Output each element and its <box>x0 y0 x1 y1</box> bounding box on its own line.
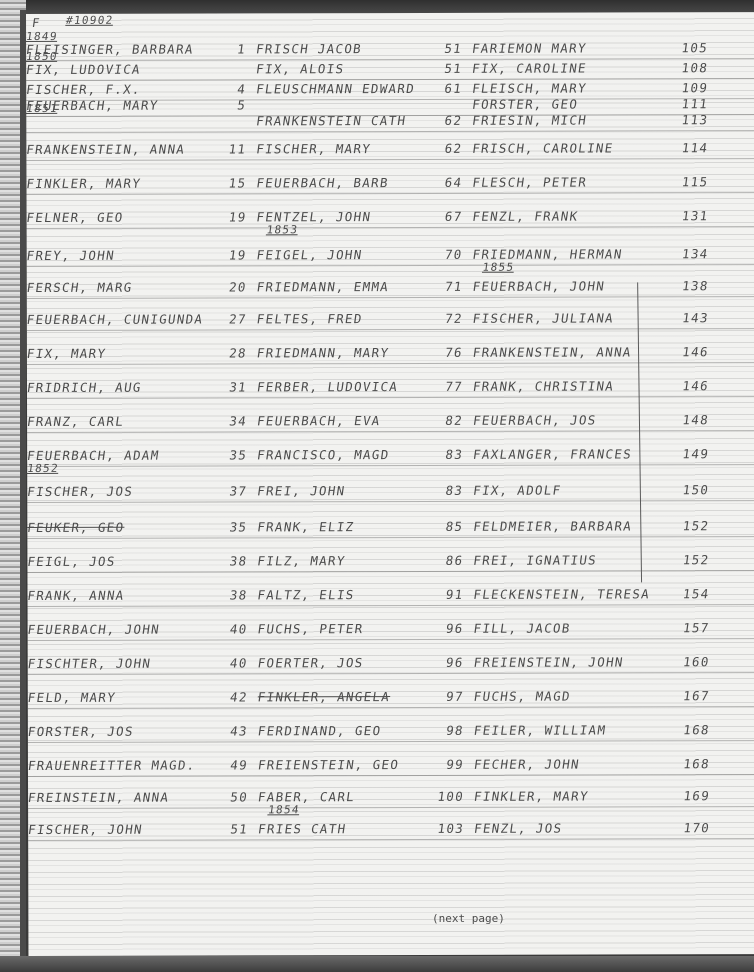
index-row: FIX, MARY28FRIEDMANN, MARY76FRANKENSTEIN… <box>27 344 754 366</box>
entry-name: FREY, JOHN <box>26 248 116 263</box>
entry-page: 42 <box>217 689 249 704</box>
entry-page: 96 <box>427 621 465 636</box>
entry-page: 109 <box>665 80 709 95</box>
entry-page: 72 <box>426 311 464 326</box>
entry-page: 152 <box>666 518 710 533</box>
entry-name: FRIDRICH, AUG <box>26 380 143 395</box>
ruled-line <box>27 570 754 573</box>
entry-page: 62 <box>425 141 463 156</box>
entry-name: FRIEDMANN, EMMA <box>256 279 390 294</box>
index-row: 1850FIX, LUDOVICAFIX, ALOIS51FIX, CAROLI… <box>26 60 754 82</box>
entry-name: FIX, ADOLF <box>472 483 562 498</box>
entry-page: 167 <box>667 688 711 703</box>
entry-page: 138 <box>666 278 710 293</box>
entry-page: 169 <box>667 788 711 803</box>
index-row: FEUERBACH, JOHN40FUCHS, PETER96FILL, JAC… <box>28 620 754 642</box>
entry-page: 51 <box>425 61 463 76</box>
entry-name: FISCHER, JULIANA <box>472 310 615 325</box>
year-marker: 1854 <box>267 803 300 816</box>
entry-name: FRANCISCO, MAGD <box>256 447 390 462</box>
index-row: FREINSTEIN, ANNA50FABER, CARL100FINKLER,… <box>28 788 754 810</box>
entry-name: FARIEMON MARY <box>471 41 588 56</box>
entry-name: FIX, LUDOVICA <box>25 62 142 77</box>
ruled-line <box>28 604 754 607</box>
entry-page: 67 <box>425 209 463 224</box>
entry-name: FELD, MARY <box>27 690 117 705</box>
entry-name: FINKLER, MARY <box>25 176 142 191</box>
entry-page: 64 <box>425 175 463 190</box>
entry-page: 37 <box>216 483 248 498</box>
entry-page: 83 <box>426 483 464 498</box>
index-row: FELD, MARY42FINKLER, ANGELA97FUCHS, MAGD… <box>28 688 754 710</box>
index-page: F #10902 1849FLEISINGER, BARBARA1FRISCH … <box>26 12 754 956</box>
ruled-line <box>27 328 754 331</box>
entry-page: 100 <box>427 789 465 804</box>
entry-name: FLEUSCHMANN EDWARD <box>255 81 416 96</box>
entry-name: FRANKENSTEIN CATH <box>255 113 407 128</box>
entry-name: FALTZ, ELIS <box>256 587 355 602</box>
entry-page: 96 <box>427 655 465 670</box>
entry-name: FRANZ, CARL <box>26 414 125 429</box>
year-marker: 1855 <box>482 261 515 274</box>
entry-page: 97 <box>427 689 465 704</box>
entry-name: FRANK, ELIZ <box>256 519 355 534</box>
index-row: FRANZ, CARL34FEUERBACH, EVA82FEUERBACH, … <box>27 412 754 434</box>
ruled-line <box>27 362 754 365</box>
ruled-line <box>28 838 754 841</box>
entry-name: FRIES CATH <box>257 821 347 836</box>
entry-page: 5 <box>215 97 247 112</box>
entry-name: FEILER, WILLIAM <box>473 722 607 737</box>
entry-name: FELNER, GEO <box>25 210 124 225</box>
entry-page: 114 <box>665 140 709 155</box>
entry-page: 91 <box>426 587 464 602</box>
index-row: 1851FRANKENSTEIN CATH62FRIESIN, MICH113 <box>26 112 754 134</box>
entry-page: 152 <box>666 552 710 567</box>
entry-page: 146 <box>666 378 710 393</box>
entry-page: 168 <box>667 722 711 737</box>
entry-name: FENZL, JOS <box>473 821 563 836</box>
entry-name: FREI, JOHN <box>256 483 346 498</box>
entry-page: 134 <box>666 246 710 261</box>
entry-page: 11 <box>215 141 247 156</box>
index-row: FRAUENREITTER MAGD.49FREIENSTEIN, GEO99F… <box>28 756 754 778</box>
entry-page: 131 <box>665 208 709 223</box>
entry-page: 115 <box>665 174 709 189</box>
header-letter: F <box>31 16 41 30</box>
entry-name: FIX, MARY <box>26 346 108 361</box>
entry-page: 103 <box>427 821 465 836</box>
entry-page: 19 <box>216 247 248 262</box>
ruled-line <box>27 430 754 433</box>
index-row: FISCHER, JOHN51FRIES CATH103FENZL, JOS17… <box>28 820 754 842</box>
entry-name: FEUERBACH, EVA <box>256 413 382 428</box>
entry-page: 40 <box>217 655 249 670</box>
ruled-line <box>26 130 754 133</box>
entry-name: FAXLANGER, FRANCES <box>472 446 633 461</box>
entry-name: FEUKER, GEO <box>26 520 125 535</box>
entry-page: 62 <box>425 113 463 128</box>
entry-name: FOERTER, JOS <box>257 655 365 670</box>
entry-page: 149 <box>666 446 710 461</box>
entry-name: FERBER, LUDOVICA <box>256 379 399 394</box>
index-row: FELNER, GEO19FENTZEL, JOHN67FENZL, FRANK… <box>27 208 754 230</box>
entry-page: 82 <box>426 413 464 428</box>
index-row: FISCHER, JOS37FREI, JOHN83FIX, ADOLF150 <box>27 482 754 504</box>
entry-page: 71 <box>426 279 464 294</box>
entry-page: 76 <box>426 345 464 360</box>
entry-name: FLECKENSTEIN, TERESA <box>472 586 651 601</box>
entry-name: FILZ, MARY <box>256 553 346 568</box>
entry-page: 4 <box>215 81 247 96</box>
entry-page: 35 <box>216 447 248 462</box>
index-row: FINKLER, MARY15FEUERBACH, BARB64FLESCH, … <box>26 174 754 196</box>
index-row: FEUKER, GEO35FRANK, ELIZ85FELDMEIER, BAR… <box>27 518 754 540</box>
entry-name: FELTES, FRED <box>256 311 364 326</box>
ruled-line <box>27 226 754 229</box>
entry-page: 51 <box>217 821 249 836</box>
ruled-line <box>26 192 754 195</box>
entry-page: 85 <box>426 519 464 534</box>
entry-page: 99 <box>427 757 465 772</box>
entry-name: FEUERBACH, ADAM <box>26 448 160 463</box>
entry-name: FORSTER, GEO <box>471 97 579 112</box>
entry-page: 1 <box>215 41 247 56</box>
entry-page: 146 <box>666 344 710 359</box>
entry-name: FRANKENSTEIN, ANNA <box>472 344 633 359</box>
entry-page: 143 <box>666 310 710 325</box>
entry-page: 20 <box>216 279 248 294</box>
index-row: FERSCH, MARG20FRIEDMANN, EMMA71FEUERBACH… <box>27 278 754 300</box>
entry-name: FRANKENSTEIN, ANNA <box>25 142 186 157</box>
entry-name: FRANK, CHRISTINA <box>472 378 615 393</box>
entry-name: FISCHER, F.X. <box>25 82 142 97</box>
entry-name: FEUERBACH, JOS <box>472 413 598 428</box>
entry-page: 154 <box>666 586 710 601</box>
entry-name: FREINSTEIN, ANNA <box>27 790 170 805</box>
ruled-line <box>28 638 754 641</box>
entry-page: 113 <box>665 112 709 127</box>
index-row: FISCHTER, JOHN40FOERTER, JOS96FREIENSTEI… <box>28 654 754 676</box>
entry-page: 49 <box>217 757 249 772</box>
entry-page: 98 <box>427 723 465 738</box>
index-row: FRANKENSTEIN, ANNA11FISCHER, MARY62FRISC… <box>26 140 754 162</box>
year-marker: 1852 <box>26 462 59 475</box>
index-row: 1849FLEISINGER, BARBARA1FRISCH JACOB51FA… <box>26 40 754 62</box>
entry-page: 38 <box>216 553 248 568</box>
ruled-line <box>26 158 754 161</box>
ruled-line <box>27 500 754 503</box>
entry-page: 38 <box>216 587 248 602</box>
entry-page: 150 <box>666 482 710 497</box>
ruled-line <box>27 264 754 267</box>
ruled-line <box>28 672 754 675</box>
entry-name: FLEISCH, MARY <box>471 81 588 96</box>
entry-page: 108 <box>665 60 709 75</box>
entry-page: 51 <box>425 41 463 56</box>
footer-note: (next page) <box>432 912 505 925</box>
entry-name: FELDMEIER, BARBARA <box>472 518 633 533</box>
entry-page: 28 <box>216 345 248 360</box>
entry-page: 157 <box>667 620 711 635</box>
entry-name: FENTZEL, JOHN <box>255 209 372 224</box>
entry-page: 148 <box>666 412 710 427</box>
entry-name: FECHER, JOHN <box>473 757 581 772</box>
entry-name: FISCHER, JOHN <box>27 822 144 837</box>
entry-page: 50 <box>217 789 249 804</box>
entry-page: 105 <box>665 40 709 55</box>
entry-name: FRANK, ANNA <box>26 588 125 603</box>
entry-name: FUCHS, MAGD <box>473 689 572 704</box>
entry-name: FEUERBACH, JOHN <box>472 278 606 293</box>
entry-name: FORSTER, JOS <box>27 724 135 739</box>
entry-name: FEUERBACH, BARB <box>255 175 389 190</box>
entry-page: 170 <box>667 820 711 835</box>
entry-name: FREI, IGNATIUS <box>472 553 598 568</box>
index-row: FEUERBACH, CUNIGUNDA27FELTES, FRED72FISC… <box>27 310 754 332</box>
entry-name: FENZL, FRANK <box>471 209 579 224</box>
entry-name: FRIESIN, MICH <box>471 113 588 128</box>
entry-page: 27 <box>216 311 248 326</box>
index-row: FRIDRICH, AUG31FERBER, LUDOVICA77FRANK, … <box>27 378 754 400</box>
entry-name: FILL, JACOB <box>473 621 572 636</box>
year-marker: 1851 <box>25 102 58 115</box>
entry-name: FABER, CARL <box>257 789 356 804</box>
ruled-line <box>28 706 754 709</box>
entry-name: FISCHER, JOS <box>26 484 134 499</box>
entry-name: FEIGEL, JOHN <box>256 247 364 262</box>
entry-name: FISCHER, MARY <box>255 141 372 156</box>
ruled-line <box>28 740 754 743</box>
header-note: #10902 <box>65 14 114 27</box>
entry-name: FINKLER, ANGELA <box>257 689 391 704</box>
entry-page: 40 <box>217 621 249 636</box>
entry-page: 15 <box>215 175 247 190</box>
ruled-line <box>27 396 754 399</box>
entry-name: FRISCH JACOB <box>255 41 363 56</box>
entry-name: FIX, ALOIS <box>255 61 345 76</box>
entry-page: 34 <box>216 413 248 428</box>
entry-name: FEIGL, JOS <box>26 554 116 569</box>
ruled-line <box>27 296 754 299</box>
entry-page: 70 <box>426 247 464 262</box>
entry-page: 35 <box>216 519 248 534</box>
entry-name: FUCHS, PETER <box>257 621 365 636</box>
entry-page: 19 <box>215 209 247 224</box>
entry-name: FISCHTER, JOHN <box>27 656 153 671</box>
index-row: FEUERBACH, ADAM35FRANCISCO, MAGD83FAXLAN… <box>27 446 754 468</box>
entry-page: 61 <box>425 81 463 96</box>
entry-name: FEUERBACH, JOHN <box>27 622 161 637</box>
entry-page: 77 <box>426 379 464 394</box>
entry-page: 168 <box>667 756 711 771</box>
entry-page: 83 <box>426 447 464 462</box>
entry-page: 86 <box>426 553 464 568</box>
entry-name: FRAUENREITTER MAGD. <box>27 758 197 773</box>
ruled-line <box>28 774 754 777</box>
entry-name: FREIENSTEIN, GEO <box>257 757 400 772</box>
entry-name: FLESCH, PETER <box>471 175 588 190</box>
entry-name: FINKLER, MARY <box>473 789 590 804</box>
ruled-line <box>27 464 754 467</box>
index-row: FORSTER, JOS43FERDINAND, GEO98FEILER, WI… <box>28 722 754 744</box>
index-row: FRANK, ANNA38FALTZ, ELIS91FLECKENSTEIN, … <box>28 586 754 608</box>
scan-bottom-edge <box>0 956 754 972</box>
entry-name: FERDINAND, GEO <box>257 723 383 738</box>
ruled-line <box>27 536 754 539</box>
entry-name: FREIENSTEIN, JOHN <box>473 654 625 669</box>
year-marker: 1853 <box>266 223 299 236</box>
ruled-line <box>28 806 754 809</box>
binder-edge <box>0 0 26 972</box>
entry-page: 111 <box>665 96 709 111</box>
index-row: FEIGL, JOS38FILZ, MARY86FREI, IGNATIUS15… <box>27 552 754 574</box>
entry-page: 160 <box>667 654 711 669</box>
entry-name: FIX, CAROLINE <box>471 61 588 76</box>
entry-name: FRIEDMANN, MARY <box>256 345 390 360</box>
entry-page: 31 <box>216 379 248 394</box>
index-row: FREY, JOHN19FEIGEL, JOHN70FRIEDMANN, HER… <box>27 246 754 268</box>
entry-name: FRIEDMANN, HERMAN <box>472 246 624 261</box>
entry-name: FERSCH, MARG <box>26 280 134 295</box>
entry-name: FRISCH, CAROLINE <box>471 140 614 155</box>
entry-name: FEUERBACH, CUNIGUNDA <box>26 312 205 327</box>
entry-page: 43 <box>217 723 249 738</box>
